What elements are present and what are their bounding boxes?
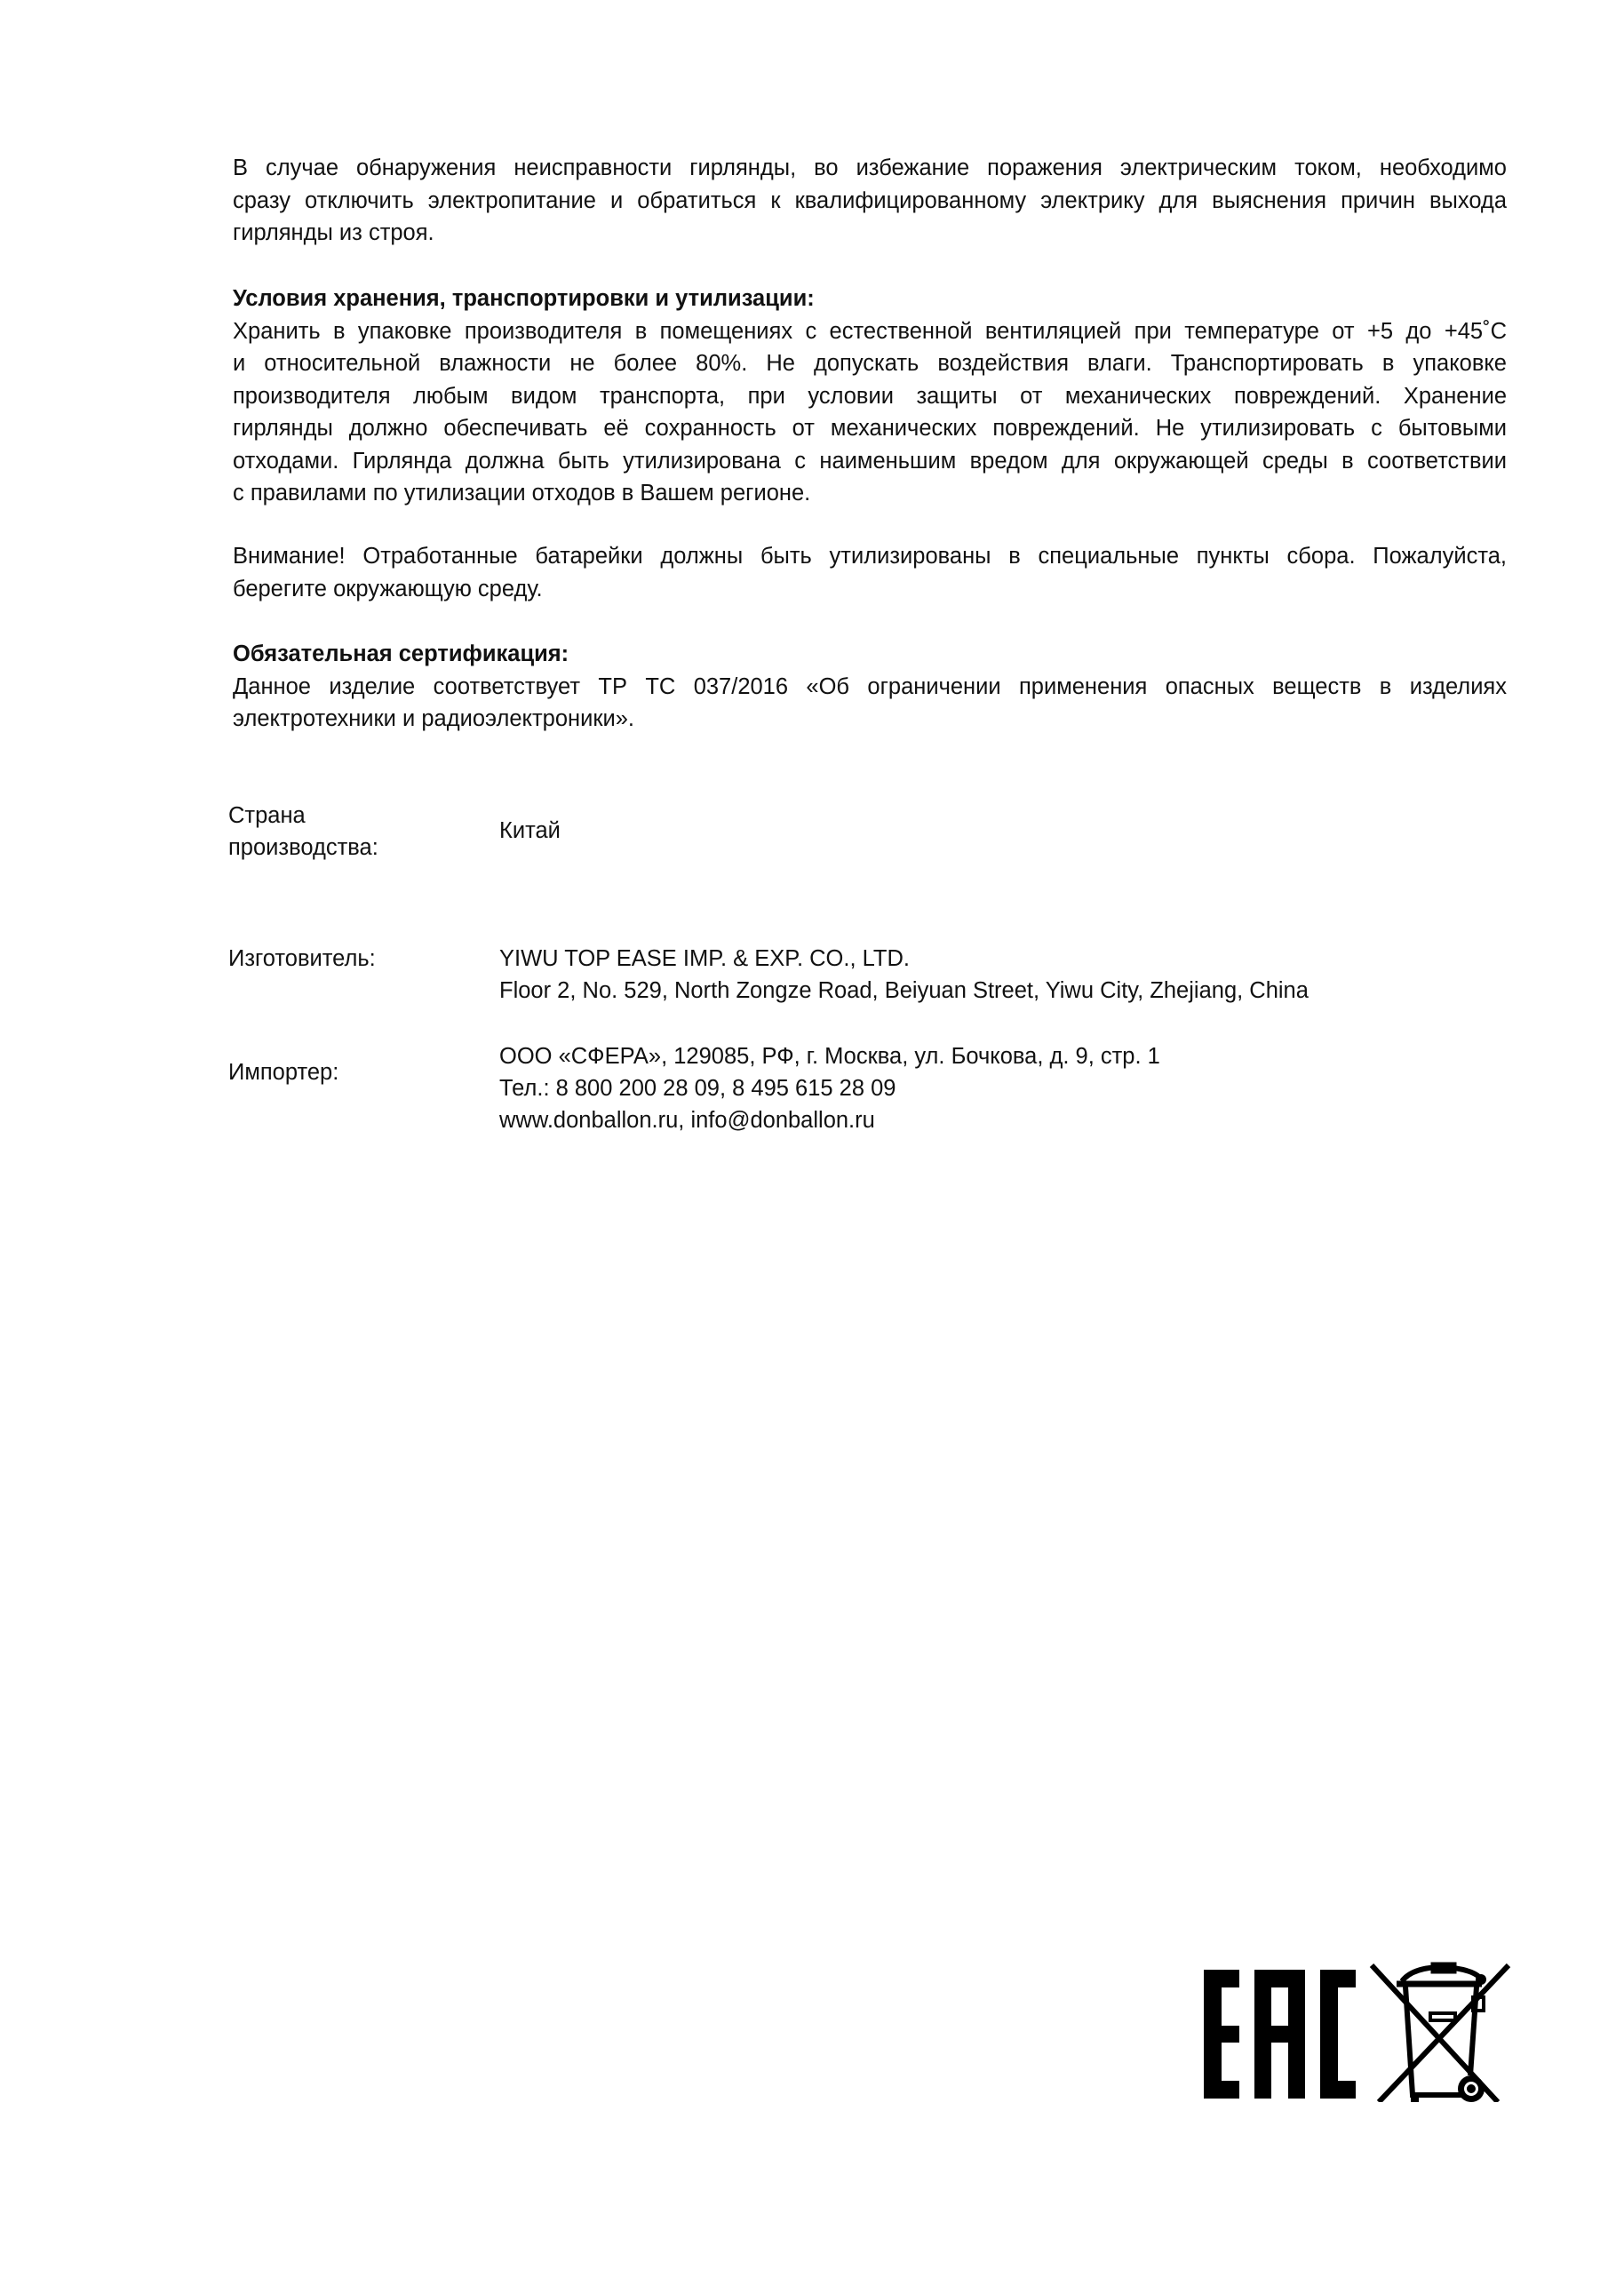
text-line: отходами. Гирлянда должна быть утилизиро… xyxy=(233,445,1507,478)
value-line: Floor 2, No. 529, North Zongze Road, Bei… xyxy=(499,975,1309,1007)
text-line: гирлянды из строя. xyxy=(233,217,1507,250)
label-line: Страна xyxy=(228,800,378,832)
country-value: Китай xyxy=(499,815,561,847)
text-line: берегите окружающую среду. xyxy=(233,573,1507,606)
text-line: Хранить в упаковке производителя в помещ… xyxy=(233,315,1507,348)
text-line: производителя любым видом транспорта, пр… xyxy=(233,380,1507,413)
label-line: производства: xyxy=(228,832,378,864)
text-line: сразу отключить электропитание и обратит… xyxy=(233,185,1507,218)
manufacturer-label: Изготовитель: xyxy=(228,943,376,975)
certification-section: Обязательная сертификация: Данное издели… xyxy=(233,638,1507,736)
battery-notice: Внимание! Отработанные батарейки должны … xyxy=(233,540,1507,605)
value-line: Тел.: 8 800 200 28 09, 8 495 615 28 09 xyxy=(499,1072,1160,1104)
country-label: Страна производства: xyxy=(228,800,378,864)
eac-mark-icon xyxy=(1204,1970,1357,2099)
text-line: Данное изделие соответствует ТР ТС 037/2… xyxy=(233,671,1507,704)
weee-crossed-bin-icon xyxy=(1366,1960,1514,2102)
text-line: и относительной влажности не более 80%. … xyxy=(233,347,1507,380)
section-heading-certification: Обязательная сертификация: xyxy=(233,638,1507,671)
text-line: с правилами по утилизации отходов в Ваше… xyxy=(233,477,1507,510)
text-line: В случае обнаружения неисправности гирля… xyxy=(233,152,1507,185)
value-line: ООО «СФЕРА», 129085, РФ, г. Москва, ул. … xyxy=(499,1040,1160,1072)
value-line: YIWU TOP EASE IMP. & EXP. CO., LTD. xyxy=(499,943,1309,975)
text-line: Внимание! Отработанные батарейки должны … xyxy=(233,540,1507,573)
importer-label: Импортер: xyxy=(228,1056,338,1088)
manufacturer-value: YIWU TOP EASE IMP. & EXP. CO., LTD. Floo… xyxy=(499,943,1309,1007)
value-line: www.donballon.ru, info@donballon.ru xyxy=(499,1104,1160,1136)
storage-section: Условия хранения, транспортировки и утил… xyxy=(233,283,1507,510)
section-heading-storage: Условия хранения, транспортировки и утил… xyxy=(233,283,1507,315)
text-line: электротехники и радиоэлектроники». xyxy=(233,703,1507,736)
paragraph-fault-warning: В случае обнаружения неисправности гирля… xyxy=(233,152,1507,250)
text-line: гирлянды должно обеспечивать её сохранно… xyxy=(233,412,1507,445)
importer-value: ООО «СФЕРА», 129085, РФ, г. Москва, ул. … xyxy=(499,1040,1160,1136)
